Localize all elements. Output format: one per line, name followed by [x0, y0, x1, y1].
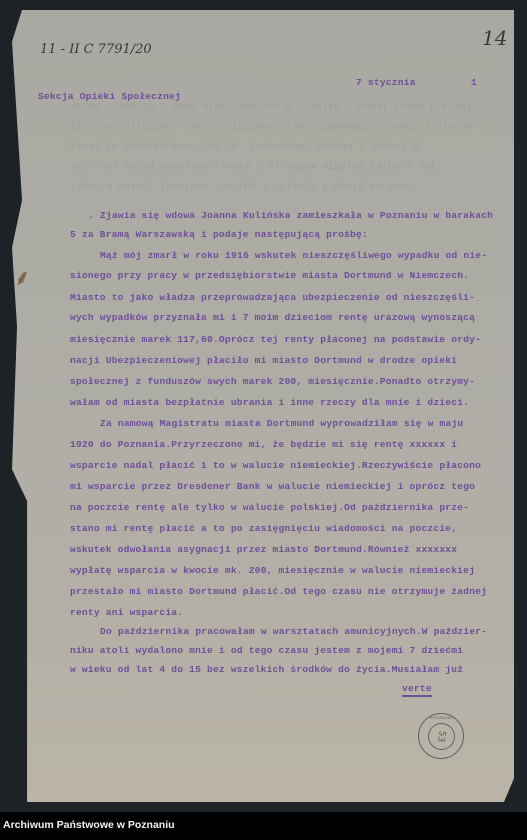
body-line: stano mi rentę płacić a to po zasięgnięc…	[70, 523, 457, 534]
archive-stamp: W POZNANIU 53	[418, 713, 464, 759]
header-date: 7 stycznia	[356, 77, 416, 88]
body-line: wych wypadków przyznała mi i 7 moim dzie…	[70, 312, 475, 323]
bleed-through-text: jak również zaległe wsparcie z miasta Do…	[70, 162, 436, 173]
bleed-through-text: o pomocy z Opieki Społecznej, aż otrzyma…	[70, 142, 418, 153]
stamp-number: 53	[426, 721, 457, 752]
body-line: Do października pracowałam w warsztatach…	[100, 626, 487, 637]
archive-name: Archiwum Państwowe w Poznaniu	[3, 819, 175, 831]
bleed-through-text: oraz na bieżący miesiąc i dalsze, poniew…	[70, 182, 412, 193]
bleed-through-text: ubranie i żywność zapomogi, jakie wydzia…	[70, 122, 478, 133]
margin-mark: ⸙	[14, 268, 40, 298]
body-line: . Zjawia się wdowa Joanna Kulińska zamie…	[88, 210, 493, 221]
body-line: wsparcie nadal płacić i to w walucie nie…	[70, 460, 481, 471]
body-line: Miasto to jako władza przeprowadzająca u…	[70, 292, 475, 303]
body-line: wypłatę wsparcia w kwocie mk. 200, miesi…	[70, 565, 475, 576]
body-line: w wieku od lat 4 do 15 bez wszelkich śro…	[70, 664, 463, 675]
body-line: Za namową Magistratu miasta Dortmund wyp…	[100, 418, 463, 429]
stamp-ring-text: W POZNANIU	[419, 716, 463, 720]
body-line: wałam od miasta bezpłatnie ubrania i inn…	[70, 397, 469, 408]
header-section-title: Sekcja Opieki Społecznej	[38, 91, 181, 102]
body-line: społecznej z funduszów swych marek 200, …	[70, 376, 475, 387]
body-line: przestało mi miasto Dortmund płacić.Od t…	[70, 586, 487, 597]
body-line: mi wsparcie przez Dresdener Bank w waluc…	[70, 481, 475, 492]
page-number-handwritten: 14	[482, 26, 507, 50]
header-page-number: 1	[471, 77, 477, 88]
body-line: Mąż mój zmarł w roku 1916 wskutek nieszc…	[100, 250, 487, 261]
bleed-through-text: szpitalu zmarł jeden z dzieci, a zostawi…	[70, 102, 478, 113]
body-line: renty ani wsparcia.	[70, 607, 183, 618]
body-line: niku atoli wydalono mnie i od tego czasu…	[70, 645, 463, 656]
body-line: 5 za Bramą Warszawską i podaje następują…	[70, 229, 368, 240]
body-line: wskutek odwołania asygnacji przez miasto…	[70, 544, 457, 555]
archive-reference-handwritten: 11 - II C 7791/20	[40, 42, 152, 57]
body-line: sionego przy pracy w przedsiębiorstwie m…	[70, 270, 469, 281]
body-line: 1920 do Poznania.Przyrzeczono mi, że będ…	[70, 439, 457, 450]
verte-note: verte	[402, 683, 432, 697]
body-line: na poczcie rentę ale tylko w walucie pol…	[70, 502, 469, 513]
footer-bar: Archiwum Państwowe w Poznaniu	[0, 812, 527, 840]
body-line: nacji Ubezpieczeniowej płaciło mi miasto…	[70, 355, 457, 366]
body-line: miesięcznie marek 117,60.Oprócz tej rent…	[70, 334, 481, 345]
